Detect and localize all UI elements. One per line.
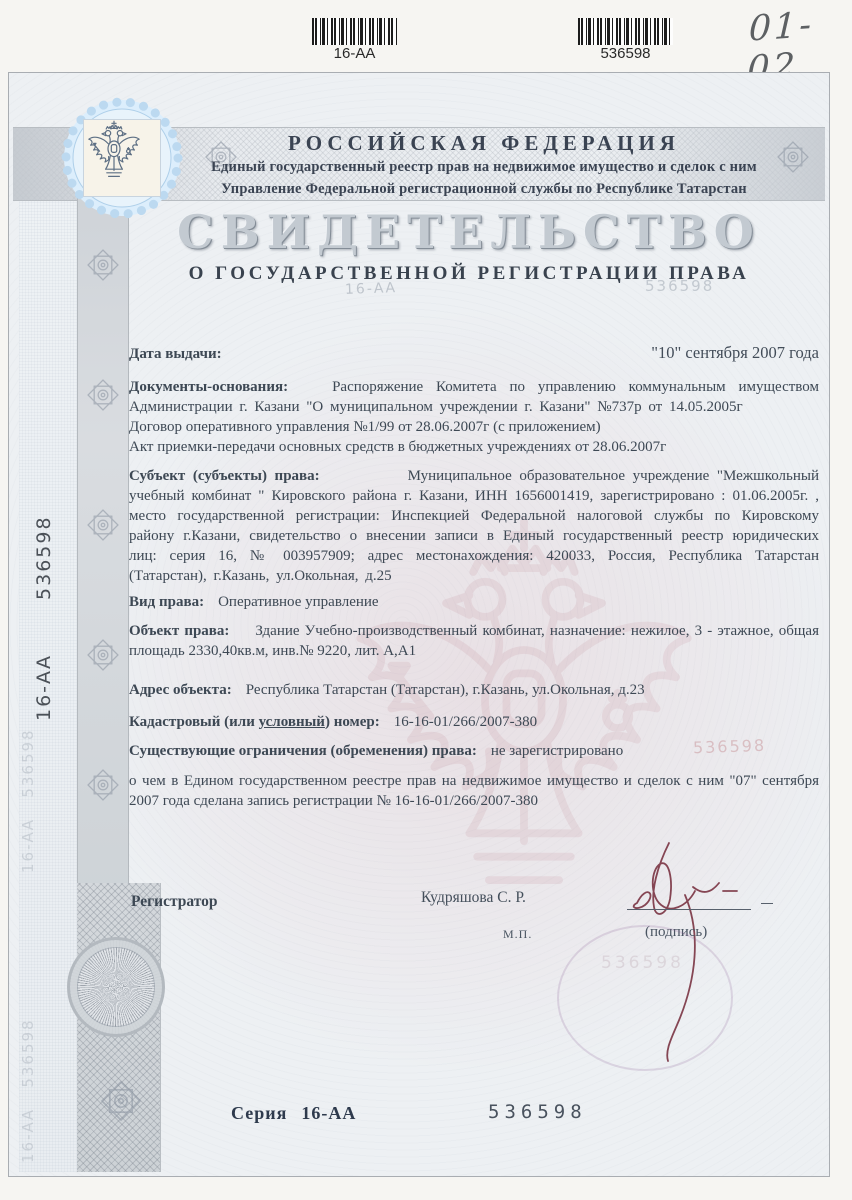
right-type-value: Оперативное управление [218, 594, 379, 610]
record-note: о чем в Едином государственном реестре п… [129, 771, 819, 811]
ghost-number-watermark: 536598 [645, 277, 714, 295]
registrar-name: Кудряшова С. Р. [421, 889, 526, 907]
faint-stamp-outline [557, 925, 733, 1071]
restrictions-row: Существующие ограничения (обременения) п… [129, 741, 819, 761]
number-barcode-label: 536598 [578, 45, 673, 62]
footer-series-label: Серия [231, 1103, 287, 1123]
footer-series: Серия16-АА [231, 1103, 356, 1124]
cadastral-label-underlined: условный [259, 714, 325, 730]
stamp-ghost-number: 536598 [601, 953, 684, 973]
address-label: Адрес объекта: [129, 682, 232, 698]
object-text: Здание Учебно-производственный комбинат,… [129, 623, 819, 659]
rosette-star-icon [81, 633, 125, 677]
header-registry-line: Единый государственный реестр прав на не… [159, 159, 809, 176]
restrictions-value: не зарегистрировано [491, 743, 623, 759]
emblem-inner-panel [83, 119, 161, 197]
issue-date-label: Дата выдачи: [129, 344, 222, 364]
rosette-star-icon [81, 763, 125, 807]
vertical-serial-series: 16-АА [33, 654, 55, 721]
certificate-title: СВИДЕТЕЛЬСТВО [139, 205, 799, 259]
address-row: Адрес объекта:Республика Татарстан (Тата… [129, 680, 819, 700]
footer-number: 536598 [488, 1101, 587, 1123]
cadastral-label-post: ) номер: [325, 714, 380, 730]
registrar-label: Регистратор [131, 893, 218, 911]
rosette-star-icon [81, 373, 125, 417]
rosette-star-icon [81, 503, 125, 547]
series-barcode-icon [312, 18, 397, 45]
restrictions-label: Существующие ограничения (обременения) п… [129, 743, 477, 759]
basis-label: Документы-основания: [129, 379, 288, 395]
vertical-serial-number: 536598 [33, 515, 55, 600]
ghost-serial: 16-АА 536598 [19, 1018, 37, 1163]
scanned-certificate-page: 16-AA 536598 01-02 16-АА536598 16-АА 536… [0, 0, 852, 1200]
issue-date-row: Дата выдачи: "10" сентября 2007 года [129, 343, 819, 364]
certificate-sheet: 16-АА536598 16-АА 536598 16-АА 536598 РО… [8, 72, 830, 1177]
basis-extra-line: Акт приемки-передачи основных средств в … [129, 437, 819, 457]
ghost-series-watermark: 16-АА [345, 280, 398, 298]
seal-place-abbr: М.П. [503, 927, 532, 942]
guilloche-medallion [67, 937, 165, 1037]
basis-extra-line: Договор оперативного управления №1/99 от… [129, 417, 819, 437]
rosette-star-icon [93, 1073, 149, 1129]
vertical-serial: 16-АА536598 [33, 515, 55, 721]
issue-date-value: "10" сентября 2007 года [651, 343, 819, 363]
ghost-serial: 16-АА 536598 [19, 728, 37, 873]
cadastral-row: Кадастровый (или условный) номер:16-16-0… [129, 712, 819, 732]
right-type-label: Вид права: [129, 594, 204, 610]
series-barcode-label: 16-AA [312, 45, 397, 62]
russian-coat-of-arms-icon [84, 120, 144, 186]
number-barcode-icon [578, 18, 673, 45]
signature-dash [761, 903, 773, 904]
coat-of-arms-medallion [57, 93, 187, 223]
certificate-body: Дата выдачи: "10" сентября 2007 года Док… [129, 343, 819, 811]
header-country: РОССИЙСКАЯ ФЕДЕРАЦИЯ [159, 131, 809, 156]
subject-label: Субъект (субъекты) права: [129, 468, 320, 484]
cadastral-value: 16-16-01/266/2007-380 [394, 714, 537, 730]
header-office-line: Управление Федеральной регистрационной с… [159, 181, 809, 198]
rosette-star-icon [81, 243, 125, 287]
cadastral-label-pre: Кадастровый (или [129, 714, 259, 730]
basis-paragraph: Документы-основания:Распоряжение Комитет… [129, 377, 819, 417]
footer-series-value: 16-АА [301, 1103, 356, 1123]
object-paragraph: Объект права:Здание Учебно-производствен… [129, 621, 819, 661]
subject-text: Муниципальное образовательное учреждение… [129, 468, 819, 584]
address-value: Республика Татарстан (Татарстан), г.Каза… [246, 682, 645, 698]
signature-line [627, 909, 751, 910]
object-label: Объект права: [129, 623, 229, 639]
right-type-row: Вид права:Оперативное управление [129, 592, 819, 612]
subject-paragraph: Субъект (субъекты) права:Муниципальное о… [129, 466, 819, 586]
